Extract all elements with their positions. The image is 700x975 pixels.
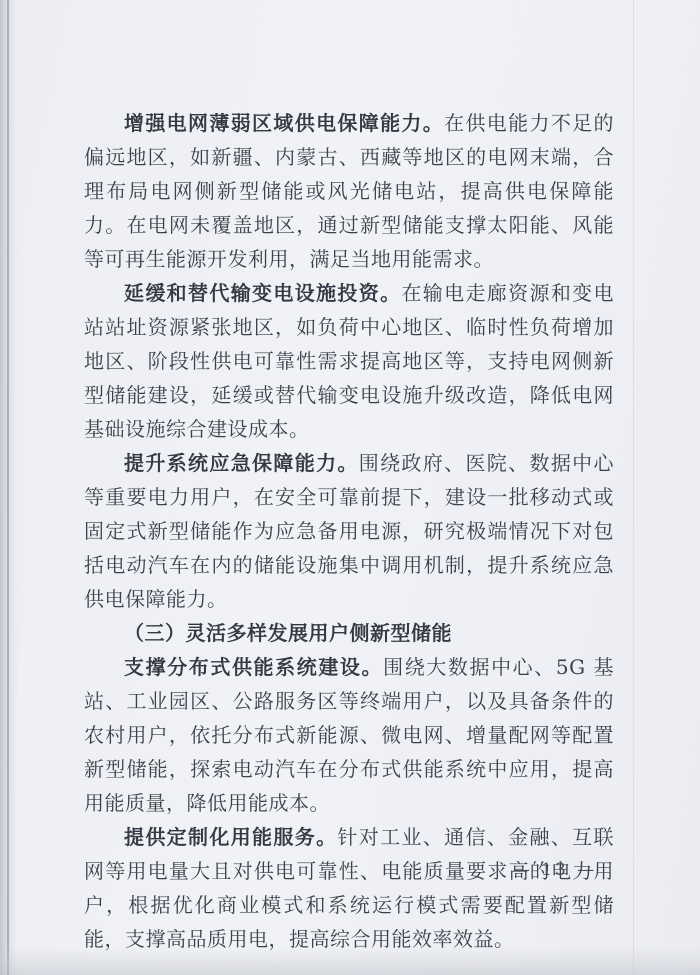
scan-right-edge-line (633, 0, 634, 975)
paragraph-lead: 提升系统应急保障能力。 (124, 451, 359, 475)
scanned-document-page: 增强电网薄弱区域供电保障能力。在供电能力不足的偏远地区，如新疆、内蒙古、西藏等地… (0, 0, 700, 975)
scan-left-edge-shading (0, 0, 18, 975)
paragraph-text: 在输电走廊资源和变电站站址资源紧张地区，如负荷中心地区、临时性负荷增加地区、阶段… (84, 281, 614, 441)
paragraph-defer-substation-investment: 延缓和替代输变电设施投资。在输电走廊资源和变电站站址资源紧张地区，如负荷中心地区… (84, 276, 614, 446)
paragraph-text: 围绕政府、医院、数据中心等重要电力用户，在安全可靠前提下，建设一批移动式或固定式… (84, 451, 614, 611)
scan-left-edge-line (7, 0, 9, 975)
paragraph-lead: 提供定制化用能服务。 (124, 825, 337, 849)
paragraph-emergency-support: 提升系统应急保障能力。围绕政府、医院、数据中心等重要电力用户，在安全可靠前提下，… (84, 446, 614, 616)
paragraph-grid-weak-area: 增强电网薄弱区域供电保障能力。在供电能力不足的偏远地区，如新疆、内蒙古、西藏等地… (84, 106, 614, 276)
paragraph-lead: 增强电网薄弱区域供电保障能力。 (124, 111, 444, 135)
paragraph-lead: 支撑分布式供能系统建设。 (124, 655, 383, 679)
paragraph-lead: 延缓和替代输变电设施投资。 (124, 281, 401, 305)
page-number: — 13 — (0, 860, 700, 880)
document-text-block: 增强电网薄弱区域供电保障能力。在供电能力不足的偏远地区，如新疆、内蒙古、西藏等地… (84, 106, 614, 956)
paragraph-text: 围绕大数据中心、5G 基站、工业园区、公路服务区等终端用户，以及具备条件的农村用… (84, 655, 614, 815)
section-heading-three: （三）灵活多样发展用户侧新型储能 (84, 616, 614, 650)
paragraph-distributed-energy-systems: 支撑分布式供能系统建设。围绕大数据中心、5G 基站、工业园区、公路服务区等终端用… (84, 650, 614, 820)
paragraph-text: 在供电能力不足的偏远地区，如新疆、内蒙古、西藏等地区的电网末端，合理布局电网侧新… (84, 111, 614, 271)
paragraph-customized-energy-services: 提供定制化用能服务。针对工业、通信、金融、互联网等用电量大且对供电可靠性、电能质… (84, 820, 614, 956)
